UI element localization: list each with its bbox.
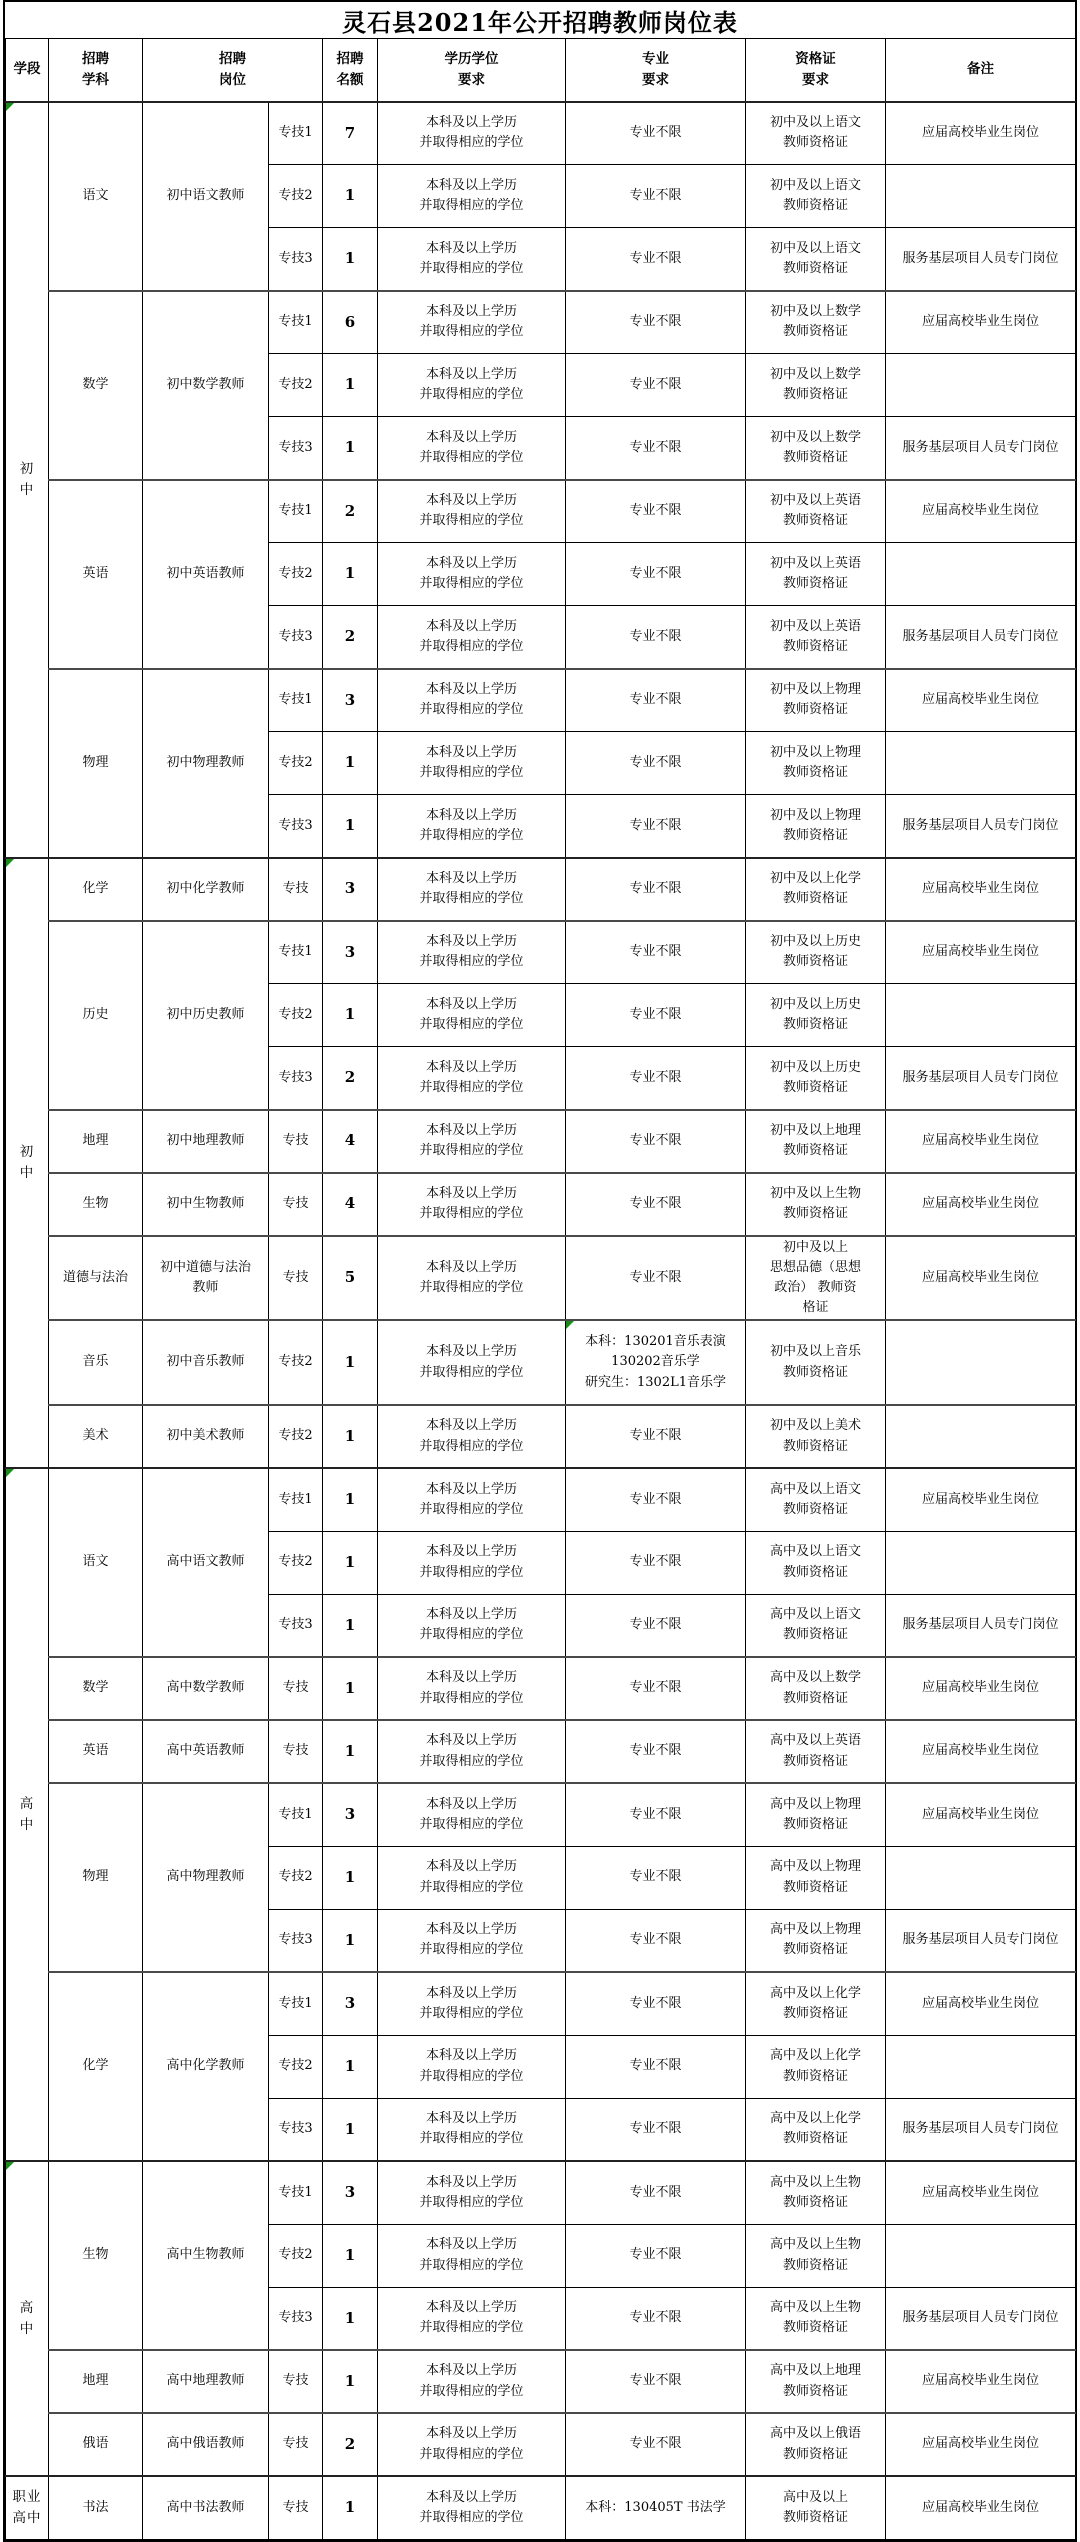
stage-cell: 高 中 — [6, 2161, 49, 2476]
quota-cell: 1 — [323, 984, 378, 1047]
quota-cell: 1 — [323, 1720, 378, 1783]
post-type-cell: 专技 — [269, 2476, 323, 2539]
position-cell: 高中语文教师 — [143, 1468, 269, 1657]
position-cell: 高中数学教师 — [143, 1657, 269, 1720]
position-cell: 高中化学教师 — [143, 1972, 269, 2161]
position-cell: 初中美术教师 — [143, 1405, 269, 1468]
certificate-cell: 初中及以上英语 教师资格证 — [746, 480, 886, 543]
quota-cell: 3 — [323, 2161, 378, 2224]
post-type-cell: 专技3 — [269, 1047, 323, 1110]
quota-cell: 4 — [323, 1110, 378, 1173]
post-type-cell: 专技 — [269, 1657, 323, 1720]
major-cell: 专业不限 — [566, 2161, 746, 2224]
certificate-cell: 初中及以上数学 教师资格证 — [746, 354, 886, 417]
certificate-cell: 初中及以上物理 教师资格证 — [746, 795, 886, 858]
post-type-cell: 专技 — [269, 858, 323, 921]
education-cell: 本科及以上学历 并取得相应的学位 — [378, 1972, 566, 2035]
position-cell: 初中地理教师 — [143, 1110, 269, 1173]
header-major: 专业 要求 — [566, 39, 746, 102]
education-cell: 本科及以上学历 并取得相应的学位 — [378, 1110, 566, 1173]
post-type-cell: 专技3 — [269, 795, 323, 858]
post-type-cell: 专技2 — [269, 1531, 323, 1594]
post-type-cell: 专技3 — [269, 417, 323, 480]
certificate-cell: 初中及以上数学 教师资格证 — [746, 417, 886, 480]
major-cell: 专业不限 — [566, 228, 746, 291]
certificate-cell: 初中及以上音乐 教师资格证 — [746, 1320, 886, 1405]
remark-cell: 服务基层项目人员专门岗位 — [886, 2287, 1076, 2350]
quota-cell: 1 — [323, 417, 378, 480]
table-row: 物理初中物理教师专技13本科及以上学历 并取得相应的学位专业不限初中及以上物理 … — [6, 669, 1076, 732]
education-cell: 本科及以上学历 并取得相应的学位 — [378, 669, 566, 732]
certificate-cell: 初中及以上数学 教师资格证 — [746, 291, 886, 354]
table-row: 俄语高中俄语教师专技2本科及以上学历 并取得相应的学位专业不限高中及以上俄语 教… — [6, 2413, 1076, 2476]
quota-cell: 1 — [323, 165, 378, 228]
subject-cell: 历史 — [49, 921, 143, 1110]
certificate-cell: 初中及以上历史 教师资格证 — [746, 921, 886, 984]
certificate-cell: 初中及以上物理 教师资格证 — [746, 732, 886, 795]
remark-cell — [886, 2035, 1076, 2098]
remark-cell: 应届高校毕业生岗位 — [886, 1173, 1076, 1236]
position-cell: 初中数学教师 — [143, 291, 269, 480]
remark-cell: 服务基层项目人员专门岗位 — [886, 228, 1076, 291]
major-cell: 专业不限 — [566, 1783, 746, 1846]
education-cell: 本科及以上学历 并取得相应的学位 — [378, 1173, 566, 1236]
subject-cell: 物理 — [49, 1783, 143, 1972]
education-cell: 本科及以上学历 并取得相应的学位 — [378, 2476, 566, 2539]
post-type-cell: 专技2 — [269, 354, 323, 417]
education-cell: 本科及以上学历 并取得相应的学位 — [378, 984, 566, 1047]
position-cell: 高中物理教师 — [143, 1783, 269, 1972]
certificate-cell: 初中及以上地理 教师资格证 — [746, 1110, 886, 1173]
certificate-cell: 高中及以上物理 教师资格证 — [746, 1846, 886, 1909]
remark-cell — [886, 2224, 1076, 2287]
header-row: 学段 招聘 学科 招聘 岗位 招聘 名额 学历学位 要求 专业 要求 资格证 要… — [6, 39, 1076, 102]
major-cell: 专业不限 — [566, 2224, 746, 2287]
certificate-cell: 高中及以上物理 教师资格证 — [746, 1909, 886, 1972]
table-row: 生物初中生物教师专技4本科及以上学历 并取得相应的学位专业不限初中及以上生物 教… — [6, 1173, 1076, 1236]
header-remark: 备注 — [886, 39, 1076, 102]
post-type-cell: 专技1 — [269, 669, 323, 732]
certificate-cell: 初中及以上生物 教师资格证 — [746, 1173, 886, 1236]
education-cell: 本科及以上学历 并取得相应的学位 — [378, 480, 566, 543]
certificate-cell: 初中及以上英语 教师资格证 — [746, 606, 886, 669]
major-cell: 专业不限 — [566, 1972, 746, 2035]
remark-cell: 应届高校毕业生岗位 — [886, 1468, 1076, 1531]
remark-cell: 应届高校毕业生岗位 — [886, 1110, 1076, 1173]
quota-cell: 1 — [323, 354, 378, 417]
major-cell: 专业不限 — [566, 1909, 746, 1972]
subject-cell: 数学 — [49, 1657, 143, 1720]
subject-cell: 英语 — [49, 1720, 143, 1783]
quota-cell: 1 — [323, 795, 378, 858]
remark-cell: 应届高校毕业生岗位 — [886, 1657, 1076, 1720]
remark-cell: 服务基层项目人员专门岗位 — [886, 606, 1076, 669]
education-cell: 本科及以上学历 并取得相应的学位 — [378, 1846, 566, 1909]
major-cell: 专业不限 — [566, 1110, 746, 1173]
post-type-cell: 专技1 — [269, 921, 323, 984]
post-type-cell: 专技1 — [269, 102, 323, 165]
table-row: 美术初中美术教师专技21本科及以上学历 并取得相应的学位专业不限初中及以上美术 … — [6, 1405, 1076, 1468]
post-type-cell: 专技2 — [269, 984, 323, 1047]
education-cell: 本科及以上学历 并取得相应的学位 — [378, 417, 566, 480]
education-cell: 本科及以上学历 并取得相应的学位 — [378, 165, 566, 228]
major-cell: 专业不限 — [566, 2098, 746, 2161]
major-cell: 专业不限 — [566, 1720, 746, 1783]
certificate-cell: 高中及以上语文 教师资格证 — [746, 1468, 886, 1531]
quota-cell: 3 — [323, 1783, 378, 1846]
education-cell: 本科及以上学历 并取得相应的学位 — [378, 2350, 566, 2413]
remark-cell — [886, 543, 1076, 606]
major-cell: 专业不限 — [566, 1047, 746, 1110]
subject-cell: 化学 — [49, 858, 143, 921]
education-cell: 本科及以上学历 并取得相应的学位 — [378, 543, 566, 606]
certificate-cell: 高中及以上化学 教师资格证 — [746, 2035, 886, 2098]
remark-cell: 应届高校毕业生岗位 — [886, 102, 1076, 165]
subject-cell: 数学 — [49, 291, 143, 480]
recruitment-table: 学段 招聘 学科 招聘 岗位 招聘 名额 学历学位 要求 专业 要求 资格证 要… — [5, 38, 1076, 2540]
education-cell: 本科及以上学历 并取得相应的学位 — [378, 1468, 566, 1531]
education-cell: 本科及以上学历 并取得相应的学位 — [378, 354, 566, 417]
stage-cell: 初 中 — [6, 102, 49, 858]
quota-cell: 1 — [323, 2287, 378, 2350]
post-type-cell: 专技3 — [269, 2287, 323, 2350]
table-row: 历史初中历史教师专技13本科及以上学历 并取得相应的学位专业不限初中及以上历史 … — [6, 921, 1076, 984]
post-type-cell: 专技1 — [269, 291, 323, 354]
major-cell: 专业不限 — [566, 858, 746, 921]
education-cell: 本科及以上学历 并取得相应的学位 — [378, 732, 566, 795]
quota-cell: 2 — [323, 480, 378, 543]
major-cell: 专业不限 — [566, 921, 746, 984]
post-type-cell: 专技1 — [269, 2161, 323, 2224]
major-cell: 专业不限 — [566, 543, 746, 606]
education-cell: 本科及以上学历 并取得相应的学位 — [378, 1047, 566, 1110]
table-row: 地理高中地理教师专技1本科及以上学历 并取得相应的学位专业不限高中及以上地理 教… — [6, 2350, 1076, 2413]
quota-cell: 1 — [323, 1657, 378, 1720]
education-cell: 本科及以上学历 并取得相应的学位 — [378, 2224, 566, 2287]
quota-cell: 7 — [323, 102, 378, 165]
post-type-cell: 专技1 — [269, 480, 323, 543]
quota-cell: 1 — [323, 1594, 378, 1657]
post-type-cell: 专技 — [269, 1110, 323, 1173]
quota-cell: 1 — [323, 228, 378, 291]
certificate-cell: 初中及以上语文 教师资格证 — [746, 102, 886, 165]
education-cell: 本科及以上学历 并取得相应的学位 — [378, 102, 566, 165]
remark-cell — [886, 354, 1076, 417]
subject-cell: 俄语 — [49, 2413, 143, 2476]
major-cell: 本科：130405T 书法学 — [566, 2476, 746, 2539]
post-type-cell: 专技2 — [269, 2035, 323, 2098]
subject-cell: 物理 — [49, 669, 143, 858]
subject-cell: 英语 — [49, 480, 143, 669]
certificate-cell: 高中及以上数学 教师资格证 — [746, 1657, 886, 1720]
remark-cell: 应届高校毕业生岗位 — [886, 2476, 1076, 2539]
table-row: 初 中化学初中化学教师专技3本科及以上学历 并取得相应的学位专业不限初中及以上化… — [6, 858, 1076, 921]
certificate-cell: 高中及以上生物 教师资格证 — [746, 2224, 886, 2287]
table-row: 地理初中地理教师专技4本科及以上学历 并取得相应的学位专业不限初中及以上地理 教… — [6, 1110, 1076, 1173]
position-cell: 高中生物教师 — [143, 2161, 269, 2350]
education-cell: 本科及以上学历 并取得相应的学位 — [378, 2287, 566, 2350]
post-type-cell: 专技 — [269, 1236, 323, 1321]
major-cell: 专业不限 — [566, 1594, 746, 1657]
education-cell: 本科及以上学历 并取得相应的学位 — [378, 921, 566, 984]
post-type-cell: 专技3 — [269, 228, 323, 291]
remark-cell: 应届高校毕业生岗位 — [886, 2161, 1076, 2224]
post-type-cell: 专技3 — [269, 2098, 323, 2161]
certificate-cell: 初中及以上历史 教师资格证 — [746, 1047, 886, 1110]
remark-cell: 应届高校毕业生岗位 — [886, 921, 1076, 984]
table-row: 数学初中数学教师专技16本科及以上学历 并取得相应的学位专业不限初中及以上数学 … — [6, 291, 1076, 354]
major-cell: 专业不限 — [566, 2287, 746, 2350]
stage-cell: 初 中 — [6, 858, 49, 1469]
education-cell: 本科及以上学历 并取得相应的学位 — [378, 1405, 566, 1468]
subject-cell: 生物 — [49, 1173, 143, 1236]
quota-cell: 1 — [323, 1468, 378, 1531]
education-cell: 本科及以上学历 并取得相应的学位 — [378, 1783, 566, 1846]
major-cell: 专业不限 — [566, 417, 746, 480]
quota-cell: 1 — [323, 732, 378, 795]
remark-cell: 应届高校毕业生岗位 — [886, 2413, 1076, 2476]
post-type-cell: 专技1 — [269, 1972, 323, 2035]
certificate-cell: 高中及以上俄语 教师资格证 — [746, 2413, 886, 2476]
quota-cell: 1 — [323, 1320, 378, 1405]
education-cell: 本科及以上学历 并取得相应的学位 — [378, 2161, 566, 2224]
education-cell: 本科及以上学历 并取得相应的学位 — [378, 1594, 566, 1657]
position-cell: 初中生物教师 — [143, 1173, 269, 1236]
recruitment-sheet: 灵石县2021年公开招聘教师岗位表 学段 招聘 学科 招聘 岗位 招聘 名额 学… — [3, 0, 1077, 2542]
quota-cell: 6 — [323, 291, 378, 354]
quota-cell: 3 — [323, 1972, 378, 2035]
certificate-cell: 高中及以上英语 教师资格证 — [746, 1720, 886, 1783]
remark-cell — [886, 1846, 1076, 1909]
major-cell: 专业不限 — [566, 480, 746, 543]
certificate-cell: 高中及以上语文 教师资格证 — [746, 1531, 886, 1594]
remark-cell — [886, 1531, 1076, 1594]
quota-cell: 1 — [323, 1846, 378, 1909]
remark-cell — [886, 1405, 1076, 1468]
major-cell: 专业不限 — [566, 1236, 746, 1321]
quota-cell: 1 — [323, 2035, 378, 2098]
table-row: 数学高中数学教师专技1本科及以上学历 并取得相应的学位专业不限高中及以上数学 教… — [6, 1657, 1076, 1720]
major-cell: 专业不限 — [566, 1657, 746, 1720]
remark-cell: 服务基层项目人员专门岗位 — [886, 1594, 1076, 1657]
post-type-cell: 专技3 — [269, 1594, 323, 1657]
table-row: 高 中生物高中生物教师专技13本科及以上学历 并取得相应的学位专业不限高中及以上… — [6, 2161, 1076, 2224]
remark-cell: 应届高校毕业生岗位 — [886, 2350, 1076, 2413]
position-cell: 初中音乐教师 — [143, 1320, 269, 1405]
header-quota: 招聘 名额 — [323, 39, 378, 102]
table-row: 化学高中化学教师专技13本科及以上学历 并取得相应的学位专业不限高中及以上化学 … — [6, 1972, 1076, 2035]
table-row: 英语初中英语教师专技12本科及以上学历 并取得相应的学位专业不限初中及以上英语 … — [6, 480, 1076, 543]
subject-cell: 书法 — [49, 2476, 143, 2539]
remark-cell: 应届高校毕业生岗位 — [886, 1720, 1076, 1783]
education-cell: 本科及以上学历 并取得相应的学位 — [378, 2413, 566, 2476]
post-type-cell: 专技2 — [269, 1320, 323, 1405]
certificate-cell: 高中及以上语文 教师资格证 — [746, 1594, 886, 1657]
subject-cell: 音乐 — [49, 1320, 143, 1405]
position-cell: 初中历史教师 — [143, 921, 269, 1110]
subject-cell: 语文 — [49, 1468, 143, 1657]
quota-cell: 2 — [323, 2413, 378, 2476]
education-cell: 本科及以上学历 并取得相应的学位 — [378, 1720, 566, 1783]
certificate-cell: 高中及以上生物 教师资格证 — [746, 2287, 886, 2350]
quota-cell: 1 — [323, 2350, 378, 2413]
remark-cell — [886, 984, 1076, 1047]
major-cell: 专业不限 — [566, 1405, 746, 1468]
certificate-cell: 初中及以上 思想品德（思想 政治） 教师资 格证 — [746, 1236, 886, 1321]
post-type-cell: 专技 — [269, 2413, 323, 2476]
major-cell: 专业不限 — [566, 795, 746, 858]
table-body: 初 中语文初中语文教师专技17本科及以上学历 并取得相应的学位专业不限初中及以上… — [6, 102, 1076, 2540]
post-type-cell: 专技1 — [269, 1783, 323, 1846]
major-cell: 专业不限 — [566, 1173, 746, 1236]
header-stage: 学段 — [6, 39, 49, 102]
certificate-cell: 高中及以上地理 教师资格证 — [746, 2350, 886, 2413]
table-row: 音乐初中音乐教师专技21本科及以上学历 并取得相应的学位本科：130201音乐表… — [6, 1320, 1076, 1405]
major-cell: 专业不限 — [566, 984, 746, 1047]
remark-cell: 应届高校毕业生岗位 — [886, 291, 1076, 354]
education-cell: 本科及以上学历 并取得相应的学位 — [378, 291, 566, 354]
education-cell: 本科及以上学历 并取得相应的学位 — [378, 858, 566, 921]
post-type-cell: 专技 — [269, 2350, 323, 2413]
remark-cell: 服务基层项目人员专门岗位 — [886, 795, 1076, 858]
education-cell: 本科及以上学历 并取得相应的学位 — [378, 2035, 566, 2098]
post-type-cell: 专技2 — [269, 1405, 323, 1468]
certificate-cell: 初中及以上英语 教师资格证 — [746, 543, 886, 606]
subject-cell: 美术 — [49, 1405, 143, 1468]
post-type-cell: 专技2 — [269, 2224, 323, 2287]
subject-cell: 生物 — [49, 2161, 143, 2350]
remark-cell: 服务基层项目人员专门岗位 — [886, 417, 1076, 480]
major-cell: 专业不限 — [566, 606, 746, 669]
education-cell: 本科及以上学历 并取得相应的学位 — [378, 1909, 566, 1972]
remark-cell: 应届高校毕业生岗位 — [886, 1783, 1076, 1846]
header-position: 招聘 岗位 — [143, 39, 323, 102]
remark-cell — [886, 1320, 1076, 1405]
page-title: 灵石县2021年公开招聘教师岗位表 — [5, 2, 1075, 38]
position-cell: 初中化学教师 — [143, 858, 269, 921]
stage-cell: 职业 高中 — [6, 2476, 49, 2539]
table-row: 职业 高中书法高中书法教师专技1本科及以上学历 并取得相应的学位本科：13040… — [6, 2476, 1076, 2539]
position-cell: 初中语文教师 — [143, 102, 269, 291]
subject-cell: 道德与法治 — [49, 1236, 143, 1321]
certificate-cell: 初中及以上物理 教师资格证 — [746, 669, 886, 732]
education-cell: 本科及以上学历 并取得相应的学位 — [378, 1236, 566, 1321]
remark-cell: 应届高校毕业生岗位 — [886, 858, 1076, 921]
table-row: 英语高中英语教师专技1本科及以上学历 并取得相应的学位专业不限高中及以上英语 教… — [6, 1720, 1076, 1783]
certificate-cell: 高中及以上化学 教师资格证 — [746, 2098, 886, 2161]
education-cell: 本科及以上学历 并取得相应的学位 — [378, 228, 566, 291]
position-cell: 初中英语教师 — [143, 480, 269, 669]
quota-cell: 1 — [323, 2098, 378, 2161]
table-row: 物理高中物理教师专技13本科及以上学历 并取得相应的学位专业不限高中及以上物理 … — [6, 1783, 1076, 1846]
position-cell: 高中英语教师 — [143, 1720, 269, 1783]
stage-cell: 高 中 — [6, 1468, 49, 2161]
post-type-cell: 专技 — [269, 1173, 323, 1236]
remark-cell: 服务基层项目人员专门岗位 — [886, 1047, 1076, 1110]
certificate-cell: 高中及以上物理 教师资格证 — [746, 1783, 886, 1846]
header-education: 学历学位 要求 — [378, 39, 566, 102]
position-cell: 高中俄语教师 — [143, 2413, 269, 2476]
post-type-cell: 专技3 — [269, 606, 323, 669]
position-cell: 高中书法教师 — [143, 2476, 269, 2539]
major-cell: 专业不限 — [566, 669, 746, 732]
quota-cell: 1 — [323, 1405, 378, 1468]
education-cell: 本科及以上学历 并取得相应的学位 — [378, 795, 566, 858]
subject-cell: 地理 — [49, 1110, 143, 1173]
certificate-cell: 初中及以上语文 教师资格证 — [746, 228, 886, 291]
remark-cell — [886, 732, 1076, 795]
major-cell: 专业不限 — [566, 1531, 746, 1594]
remark-cell: 服务基层项目人员专门岗位 — [886, 2098, 1076, 2161]
certificate-cell: 初中及以上化学 教师资格证 — [746, 858, 886, 921]
table-row: 道德与法治初中道德与法治 教师专技5本科及以上学历 并取得相应的学位专业不限初中… — [6, 1236, 1076, 1321]
post-type-cell: 专技2 — [269, 1846, 323, 1909]
major-cell: 专业不限 — [566, 2035, 746, 2098]
quota-cell: 2 — [323, 1047, 378, 1110]
post-type-cell: 专技2 — [269, 165, 323, 228]
major-cell: 专业不限 — [566, 2350, 746, 2413]
major-cell: 本科：130201音乐表演 130202音乐学 研究生：1302L1音乐学 — [566, 1320, 746, 1405]
education-cell: 本科及以上学历 并取得相应的学位 — [378, 2098, 566, 2161]
remark-cell: 应届高校毕业生岗位 — [886, 1236, 1076, 1321]
major-cell: 专业不限 — [566, 291, 746, 354]
certificate-cell: 高中及以上生物 教师资格证 — [746, 2161, 886, 2224]
quota-cell: 1 — [323, 1909, 378, 1972]
certificate-cell: 高中及以上 教师资格证 — [746, 2476, 886, 2539]
education-cell: 本科及以上学历 并取得相应的学位 — [378, 606, 566, 669]
quota-cell: 1 — [323, 543, 378, 606]
post-type-cell: 专技3 — [269, 1909, 323, 1972]
post-type-cell: 专技1 — [269, 1468, 323, 1531]
quota-cell: 1 — [323, 1531, 378, 1594]
subject-cell: 化学 — [49, 1972, 143, 2161]
table-row: 初 中语文初中语文教师专技17本科及以上学历 并取得相应的学位专业不限初中及以上… — [6, 102, 1076, 165]
remark-cell: 应届高校毕业生岗位 — [886, 480, 1076, 543]
remark-cell: 应届高校毕业生岗位 — [886, 1972, 1076, 2035]
certificate-cell: 初中及以上美术 教师资格证 — [746, 1405, 886, 1468]
post-type-cell: 专技 — [269, 1720, 323, 1783]
major-cell: 专业不限 — [566, 732, 746, 795]
education-cell: 本科及以上学历 并取得相应的学位 — [378, 1531, 566, 1594]
subject-cell: 语文 — [49, 102, 143, 291]
major-cell: 专业不限 — [566, 165, 746, 228]
header-subject: 招聘 学科 — [49, 39, 143, 102]
quota-cell: 3 — [323, 858, 378, 921]
major-cell: 专业不限 — [566, 1468, 746, 1531]
certificate-cell: 初中及以上历史 教师资格证 — [746, 984, 886, 1047]
table-row: 高 中语文高中语文教师专技11本科及以上学历 并取得相应的学位专业不限高中及以上… — [6, 1468, 1076, 1531]
header-certificate: 资格证 要求 — [746, 39, 886, 102]
major-cell: 专业不限 — [566, 102, 746, 165]
quota-cell: 2 — [323, 606, 378, 669]
quota-cell: 4 — [323, 1173, 378, 1236]
subject-cell: 地理 — [49, 2350, 143, 2413]
certificate-cell: 高中及以上化学 教师资格证 — [746, 1972, 886, 2035]
major-cell: 专业不限 — [566, 2413, 746, 2476]
quota-cell: 1 — [323, 2224, 378, 2287]
position-cell: 初中道德与法治 教师 — [143, 1236, 269, 1321]
quota-cell: 5 — [323, 1236, 378, 1321]
post-type-cell: 专技2 — [269, 732, 323, 795]
quota-cell: 3 — [323, 669, 378, 732]
education-cell: 本科及以上学历 并取得相应的学位 — [378, 1657, 566, 1720]
major-cell: 专业不限 — [566, 1846, 746, 1909]
remark-cell: 应届高校毕业生岗位 — [886, 669, 1076, 732]
remark-cell: 服务基层项目人员专门岗位 — [886, 1909, 1076, 1972]
major-cell: 专业不限 — [566, 354, 746, 417]
certificate-cell: 初中及以上语文 教师资格证 — [746, 165, 886, 228]
post-type-cell: 专技2 — [269, 543, 323, 606]
